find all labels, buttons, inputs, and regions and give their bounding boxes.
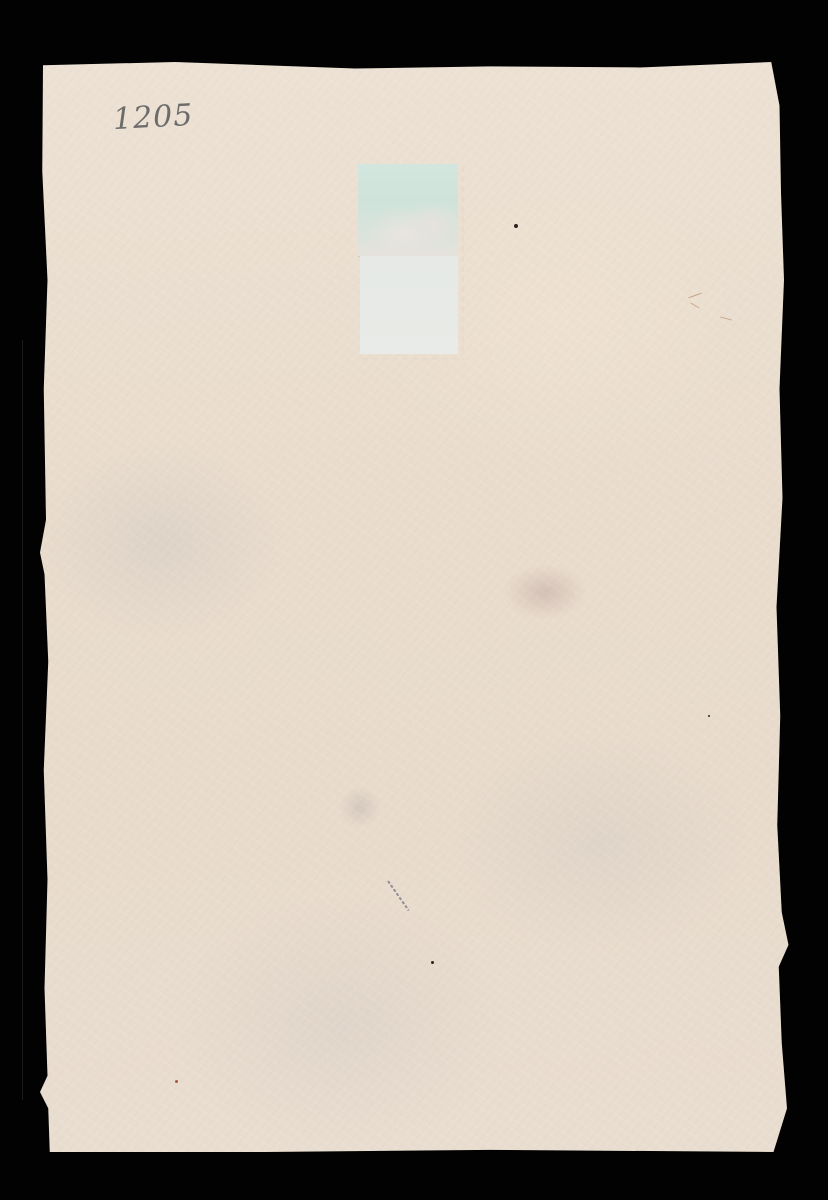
pencil-annotation: 1205 (112, 98, 194, 137)
speck (175, 1080, 178, 1083)
speck (431, 961, 434, 964)
perforation-right (458, 164, 464, 354)
background-line (22, 340, 23, 1100)
perforation-bottom (360, 354, 464, 360)
speck (708, 715, 710, 717)
stamp-hinge (358, 164, 458, 257)
stamp-selvage (360, 256, 458, 354)
stamp-remnant (356, 164, 464, 360)
speck (514, 224, 518, 228)
